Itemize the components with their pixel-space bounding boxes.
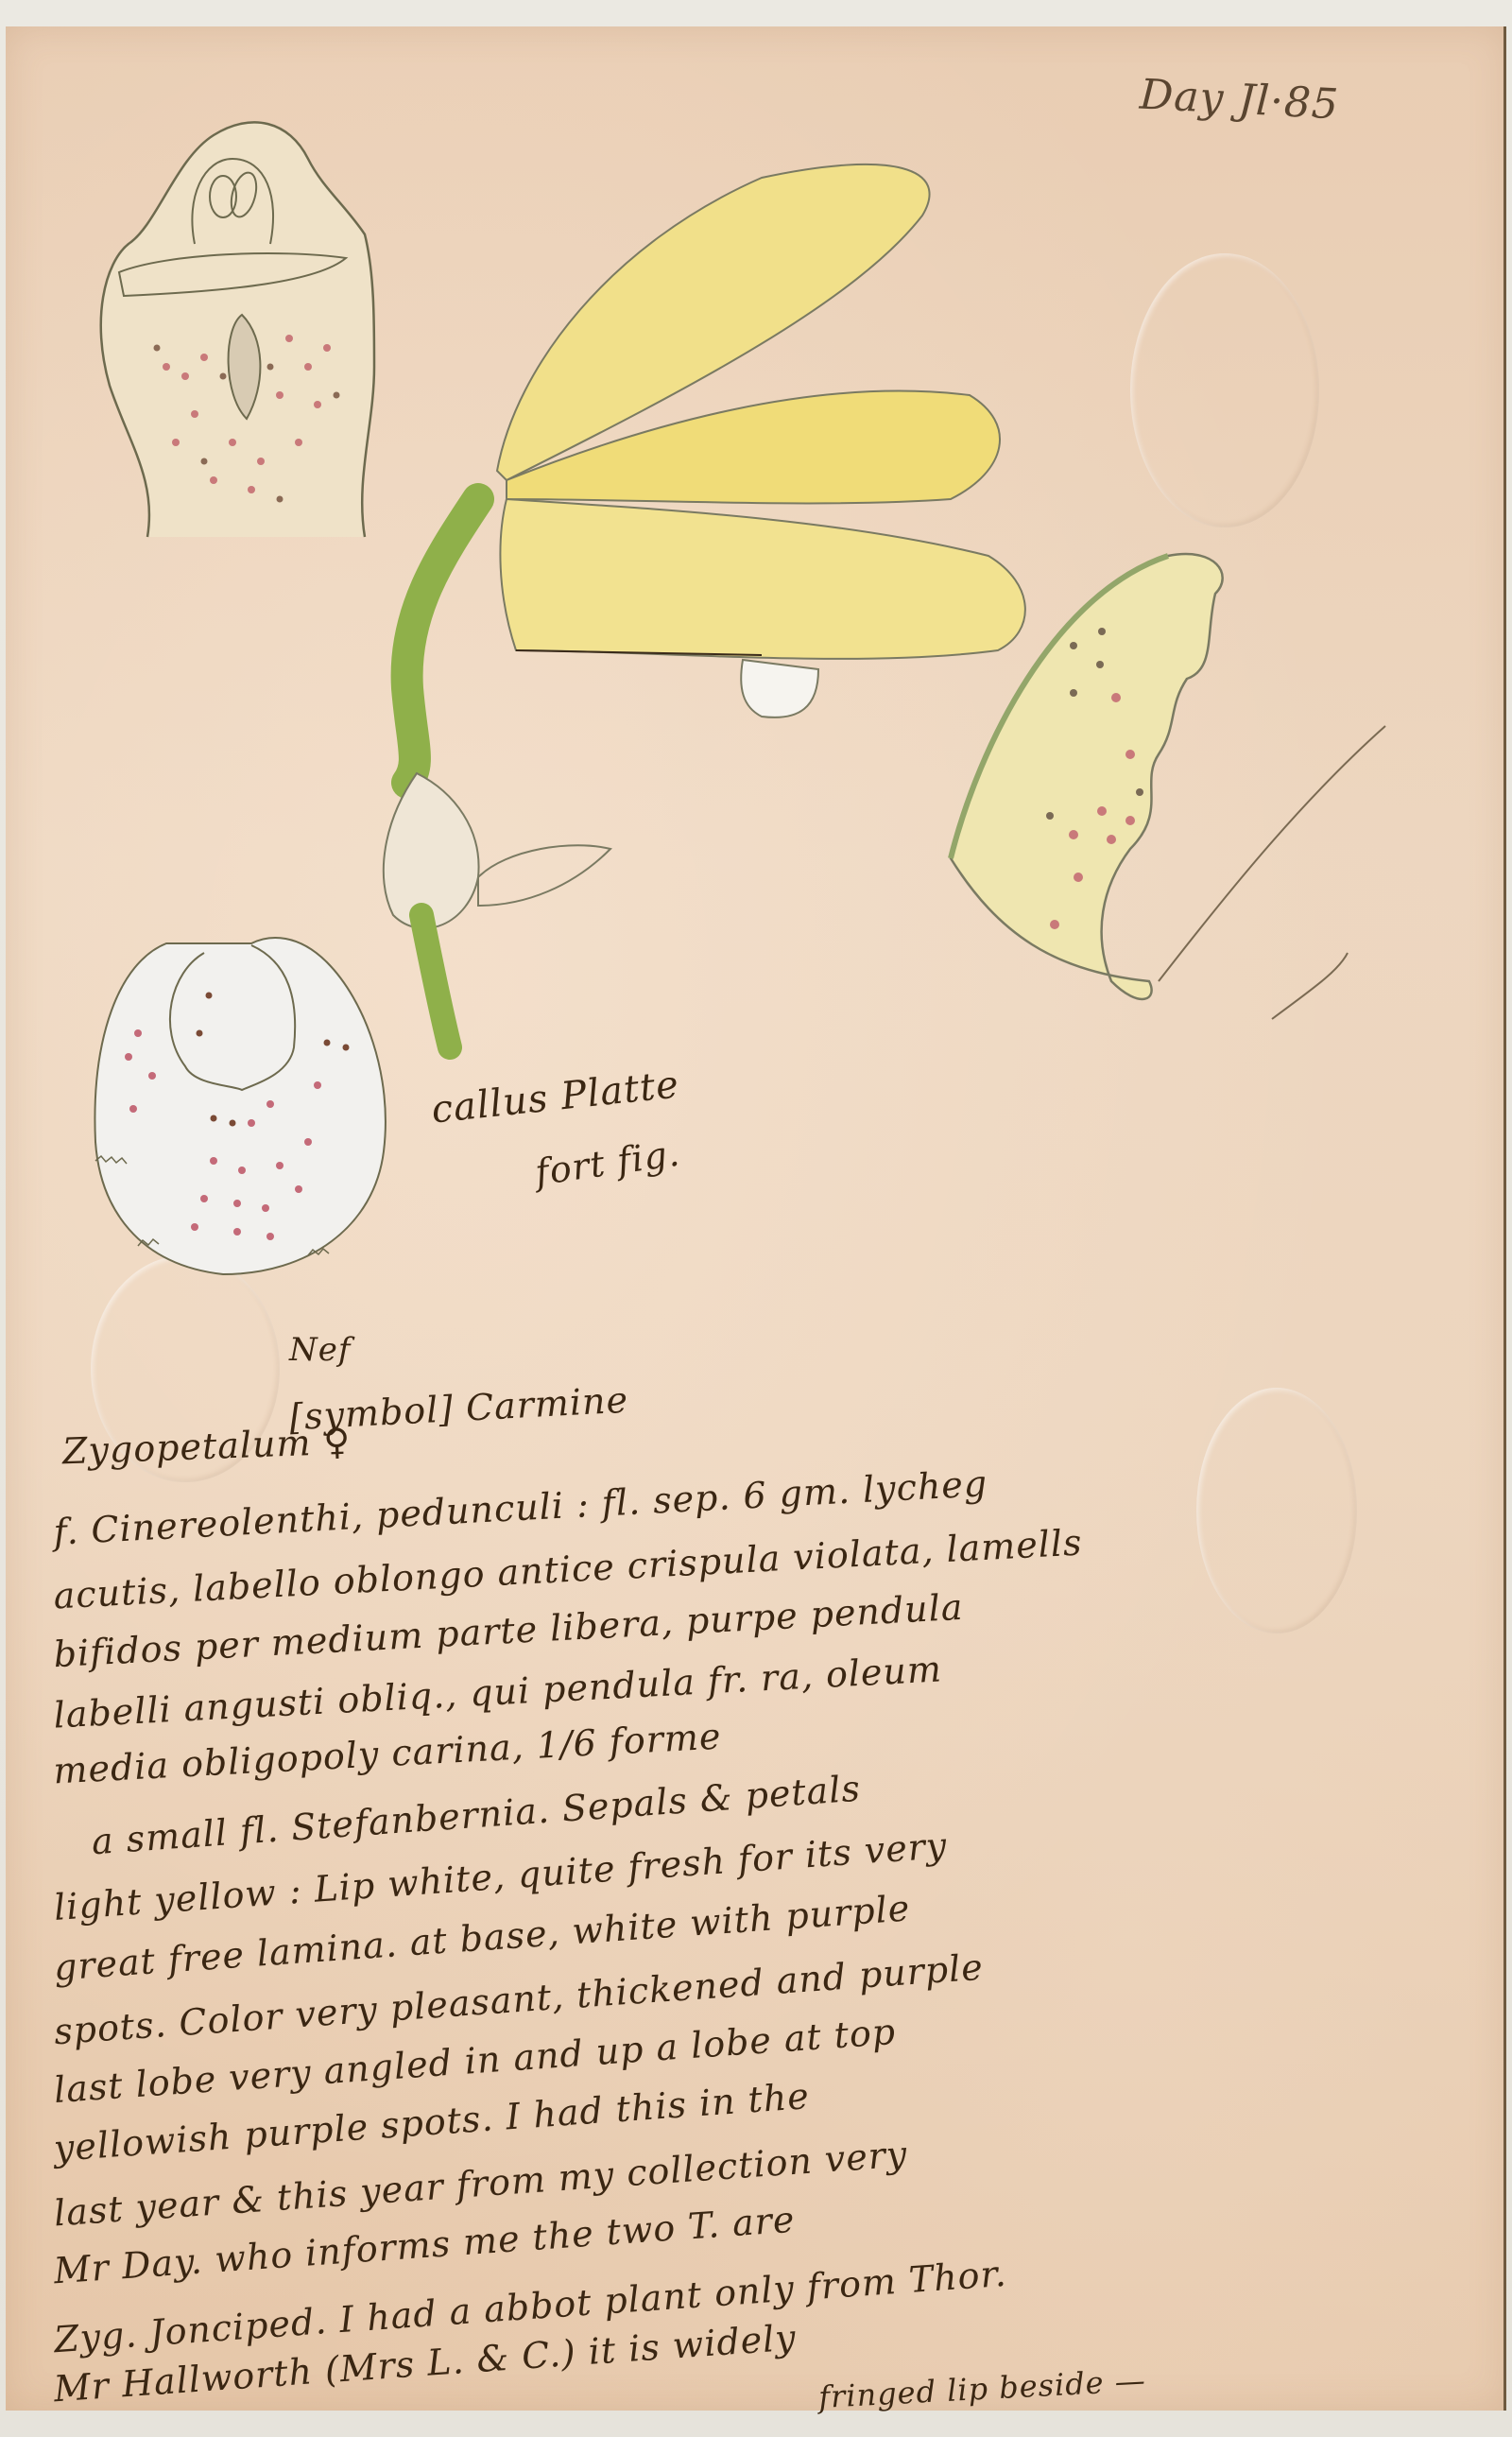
lip-side-sketch: [941, 537, 1508, 1028]
sheet-edge: [1503, 26, 1506, 2411]
lip-front-sketch: [81, 925, 403, 1293]
column-detail-sketch: [91, 83, 403, 537]
manuscript-heading-1: Nef: [289, 1331, 351, 1369]
date-annotation: Day Jl·85: [1139, 71, 1340, 130]
emboss-mark: [1196, 1388, 1357, 1633]
manuscript-line: fringed lip beside —: [817, 2362, 1146, 2415]
manuscript-sheet: Day Jl·85 callus Platte fort fig. Nef [s…: [6, 26, 1506, 2411]
emboss-mark: [1130, 253, 1319, 527]
manuscript-line: Zygopetalum ♀: [61, 1421, 352, 1473]
sketch-caption-line2: fort fig.: [533, 1132, 683, 1193]
sketch-caption-line1: callus Platte: [429, 1063, 681, 1132]
